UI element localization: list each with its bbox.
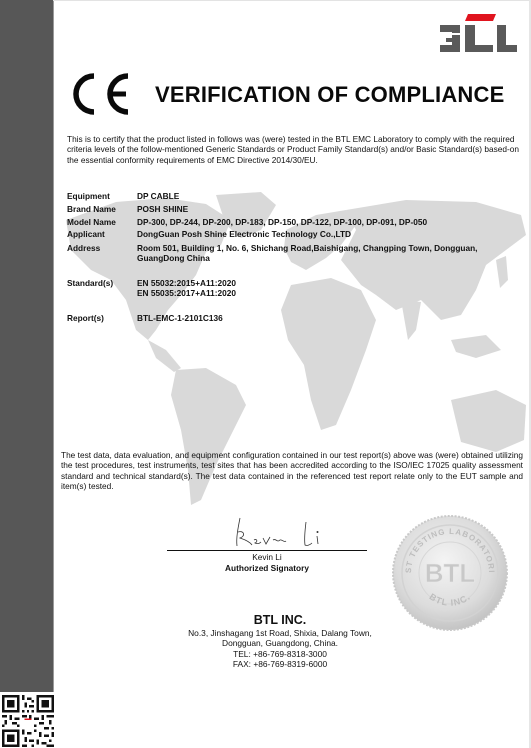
sidebar-edge (53, 0, 54, 692)
intro-paragraph: This is to certify that the product list… (67, 134, 521, 165)
field-value: DongGuan Posh Shine Electronic Technolog… (137, 228, 527, 241)
company-info: BTL INC. No.3, Jinshagang 1st Road, Shix… (160, 613, 400, 670)
field-value: DP-300, DP-244, DP-200, DP-183, DP-150, … (137, 216, 527, 229)
company-name: BTL INC. (160, 613, 400, 628)
product-details: Equipment DP CABLE Brand Name POSH SHINE… (67, 190, 527, 325)
page-title: VERIFICATION OF COMPLIANCE (155, 82, 504, 108)
field-label: Report(s) (67, 312, 137, 325)
field-label: Equipment (67, 190, 137, 203)
field-reports: Report(s) BTL-EMC-1-2101C136 (67, 312, 527, 325)
signatory-title: Authorized Signatory (167, 563, 367, 573)
field-value: POSH SHINE (137, 203, 527, 216)
field-label: Address (67, 243, 137, 263)
field-equipment: Equipment DP CABLE (67, 190, 527, 203)
field-value: EN 55032:2015+A11:2020 EN 55035:2017+A11… (137, 278, 527, 298)
company-seal: BEST TESTING LABORATORIES BTL INC. BTL (391, 514, 509, 632)
svg-text:BTL: BTL (425, 558, 476, 588)
standard-item: EN 55035:2017+A11:2020 (137, 288, 527, 298)
field-label: Standard(s) (67, 278, 137, 298)
standard-item: EN 55032:2015+A11:2020 (137, 278, 527, 288)
company-tel: TEL: +86-769-8318-3000 (160, 649, 400, 659)
field-value: DP CABLE (137, 190, 527, 203)
field-label: Applicant (67, 228, 137, 241)
company-fax: FAX: +86-769-8319-6000 (160, 659, 400, 669)
field-label: Brand Name (67, 203, 137, 216)
field-label: Model Name (67, 216, 137, 229)
signature-line (167, 550, 367, 551)
qr-code[interactable] (2, 695, 54, 747)
field-value: BTL-EMC-1-2101C136 (137, 312, 527, 325)
field-standards: Standard(s) EN 55032:2015+A11:2020 EN 55… (67, 278, 527, 298)
company-address-line1: No.3, Jinshagang 1st Road, Shixia, Dalan… (160, 628, 400, 638)
signatory-name: Kevin Li (167, 552, 367, 562)
signature-image (230, 510, 350, 552)
field-brand-name: Brand Name POSH SHINE (67, 203, 527, 216)
company-address-line2: Dongguan, Guangdong, China. (160, 638, 400, 648)
field-applicant: Applicant DongGuan Posh Shine Electronic… (67, 228, 527, 241)
top-border (53, 0, 531, 1)
field-value: Room 501, Building 1, No. 6, Shichang Ro… (137, 243, 527, 263)
closing-paragraph: The test data, data evaluation, and equi… (61, 450, 523, 492)
btl-logo (438, 14, 518, 56)
field-address: Address Room 501, Building 1, No. 6, Shi… (67, 241, 527, 263)
field-model-name: Model Name DP-300, DP-244, DP-200, DP-18… (67, 216, 527, 229)
left-sidebar-band (0, 0, 53, 692)
ce-mark-icon (68, 70, 132, 118)
